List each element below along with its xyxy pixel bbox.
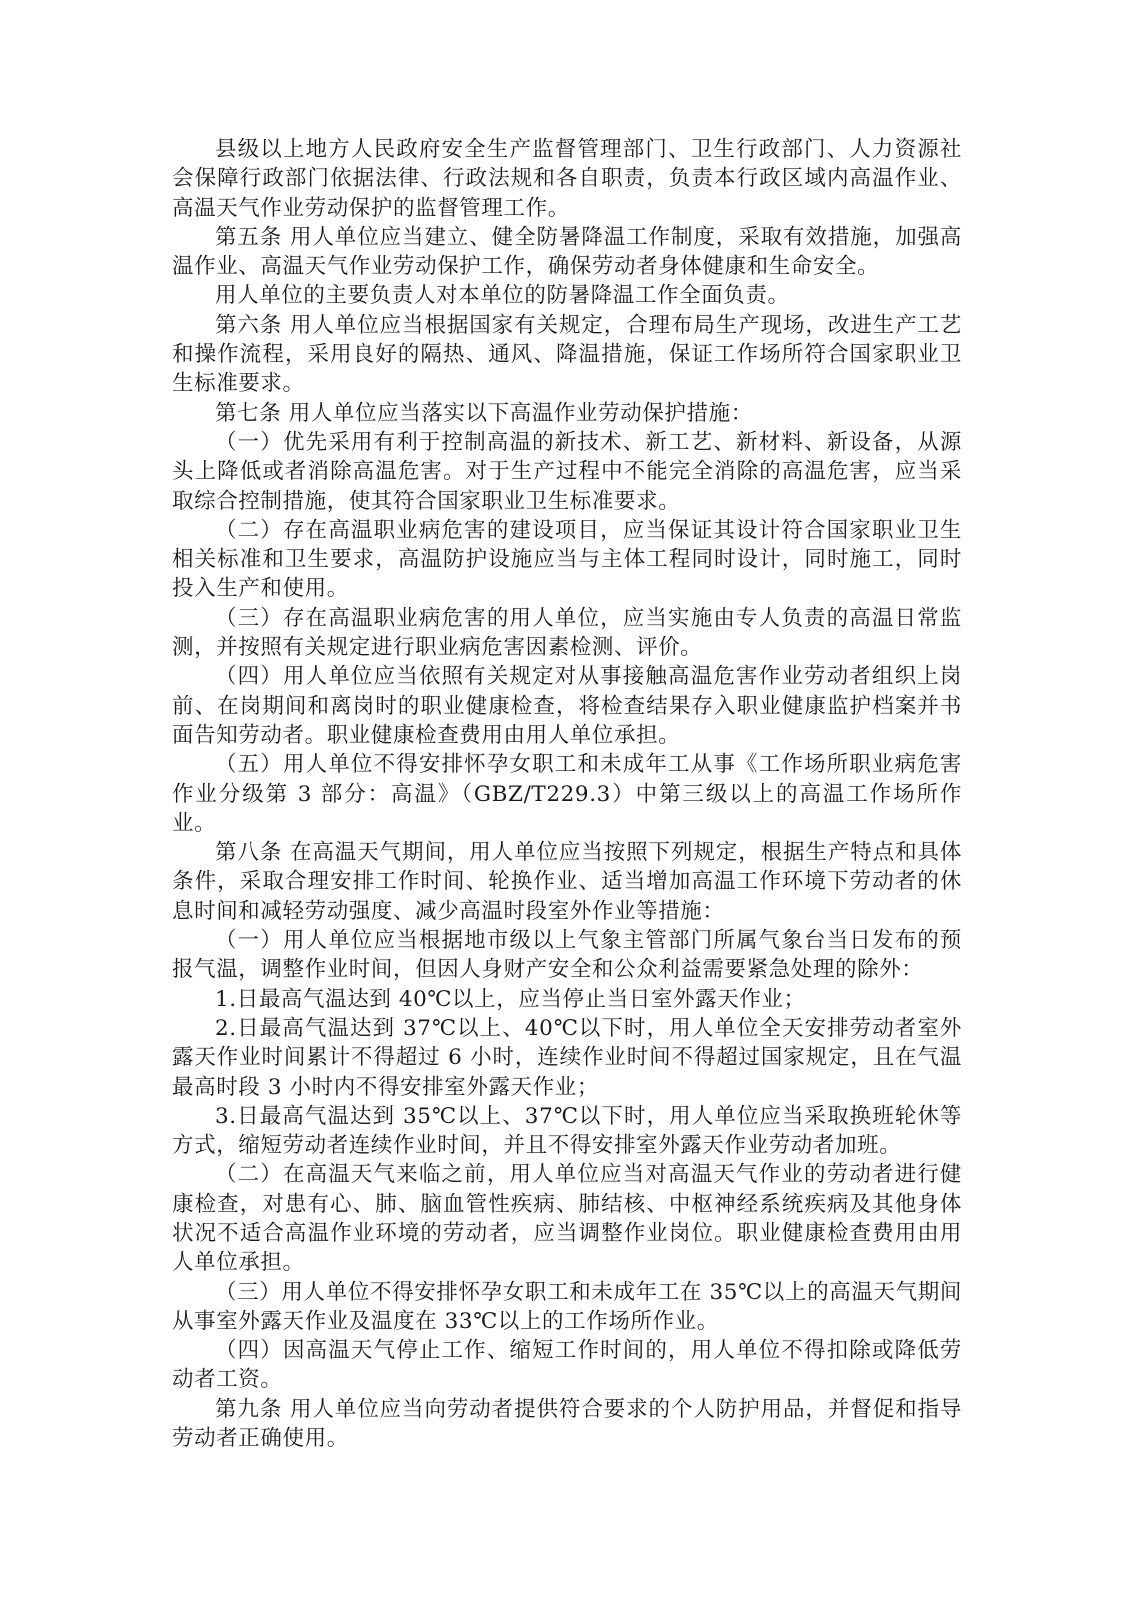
paragraph-article-8-item-1-rule-2: 2.日最高气温达到 37℃以上、40℃以下时，用人单位全天安排劳动者室外露天作业… bbox=[172, 1014, 962, 1102]
paragraph-article-8-item-1-rule-1: 1.日最高气温达到 40℃以上，应当停止当日室外露天作业； bbox=[172, 985, 962, 1014]
paragraph-article-8: 第八条 在高温天气期间，用人单位应当按照下列规定，根据生产特点和具体条件，采取合… bbox=[172, 838, 962, 926]
paragraph-article-7-item-1: （一）优先采用有利于控制高温的新技术、新工艺、新材料、新设备，从源头上降低或者消… bbox=[172, 428, 962, 516]
paragraph-local-government-supervision: 县级以上地方人民政府安全生产监督管理部门、卫生行政部门、人力资源社会保障行政部门… bbox=[172, 135, 962, 223]
document-page: 县级以上地方人民政府安全生产监督管理部门、卫生行政部门、人力资源社会保障行政部门… bbox=[172, 135, 962, 1453]
paragraph-article-6: 第六条 用人单位应当根据国家有关规定，合理布局生产现场，改进生产工艺和操作流程，… bbox=[172, 311, 962, 399]
paragraph-article-7-item-2: （二）存在高温职业病危害的建设项目，应当保证其设计符合国家职业卫生相关标准和卫生… bbox=[172, 516, 962, 604]
paragraph-article-7-item-4: （四）用人单位应当依照有关规定对从事接触高温危害作业劳动者组织上岗前、在岗期间和… bbox=[172, 662, 962, 750]
paragraph-article-9: 第九条 用人单位应当向劳动者提供符合要求的个人防护用品，并督促和指导劳动者正确使… bbox=[172, 1395, 962, 1454]
paragraph-article-8-item-4: （四）因高温天气停止工作、缩短工作时间的，用人单位不得扣除或降低劳动者工资。 bbox=[172, 1336, 962, 1395]
paragraph-article-5-responsibility: 用人单位的主要负责人对本单位的防暑降温工作全面负责。 bbox=[172, 281, 962, 310]
paragraph-article-8-item-1-rule-3: 3.日最高气温达到 35℃以上、37℃以下时，用人单位应当采取换班轮休等方式，缩… bbox=[172, 1102, 962, 1161]
paragraph-article-7-item-3: （三）存在高温职业病危害的用人单位，应当实施由专人负责的高温日常监测，并按照有关… bbox=[172, 604, 962, 663]
paragraph-article-8-item-3: （三）用人单位不得安排怀孕女职工和未成年工在 35℃以上的高温天气期间从事室外露… bbox=[172, 1278, 962, 1337]
paragraph-article-8-item-1: （一）用人单位应当根据地市级以上气象主管部门所属气象台当日发布的预报气温，调整作… bbox=[172, 926, 962, 985]
paragraph-article-7-item-5: （五）用人单位不得安排怀孕女职工和未成年工从事《工作场所职业病危害作业分级第 3… bbox=[172, 750, 962, 838]
paragraph-article-7: 第七条 用人单位应当落实以下高温作业劳动保护措施： bbox=[172, 399, 962, 428]
paragraph-article-8-item-2: （二）在高温天气来临之前，用人单位应当对高温天气作业的劳动者进行健康检查，对患有… bbox=[172, 1160, 962, 1277]
paragraph-article-5: 第五条 用人单位应当建立、健全防暑降温工作制度，采取有效措施，加强高温作业、高温… bbox=[172, 223, 962, 282]
